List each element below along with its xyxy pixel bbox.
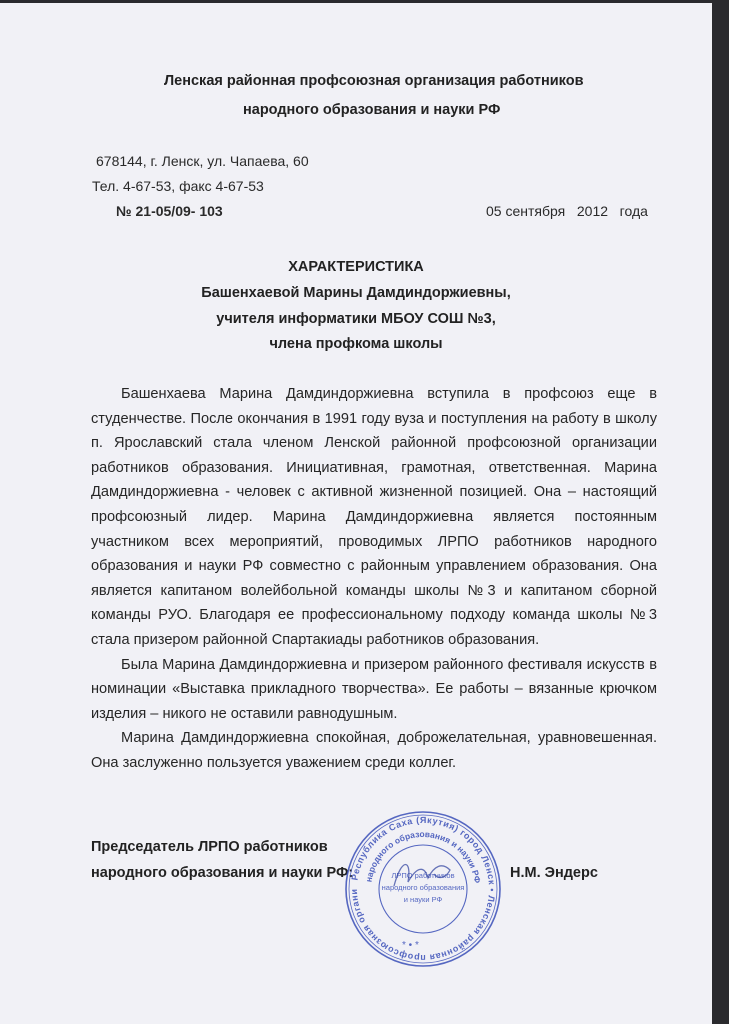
document-page: Ленская районная профсоюзная организация… [0,3,712,1024]
signature-title-line2: народного образования и науки РФ: [91,865,353,881]
document-date: 05 сентября 2012 года [486,203,648,219]
subject-position: учителя информатики МБОУ СОШ №3, [0,311,712,327]
official-stamp-icon: Республика Саха (Якутия) город Ленск • Л… [342,808,504,970]
svg-text:и науки РФ: и науки РФ [404,895,443,904]
paragraph-2: Была Марина Дамдиндоржиевна и призером р… [91,653,657,727]
signer-name: Н.М. Эндерс [510,865,598,881]
address: 678144, г. Ленск, ул. Чапаева, 60 [96,153,309,169]
paragraph-3: Марина Дамдиндоржиевна спокойная, доброж… [91,726,657,775]
body-text: Башенхаева Марина Дамдиндоржиевна вступи… [91,382,657,776]
document-heading: ХАРАКТЕРИСТИКА [0,259,712,275]
paragraph-1: Башенхаева Марина Дамдиндоржиевна вступи… [91,382,657,653]
reference-number: № 21-05/09- 103 [116,203,223,219]
subject-name: Башенхаевой Марины Дамдиндоржиевны, [0,285,712,301]
org-name-line1: Ленская районная профсоюзная организация… [164,73,584,89]
org-name-line2: народного образования и науки РФ [243,102,500,118]
phone-fax: Тел. 4-67-53, факс 4-67-53 [92,178,264,194]
svg-text:* • *: * • * [402,940,419,951]
subject-role: члена профкома школы [0,336,712,352]
signature-title-line1: Председатель ЛРПО работников [91,839,328,855]
